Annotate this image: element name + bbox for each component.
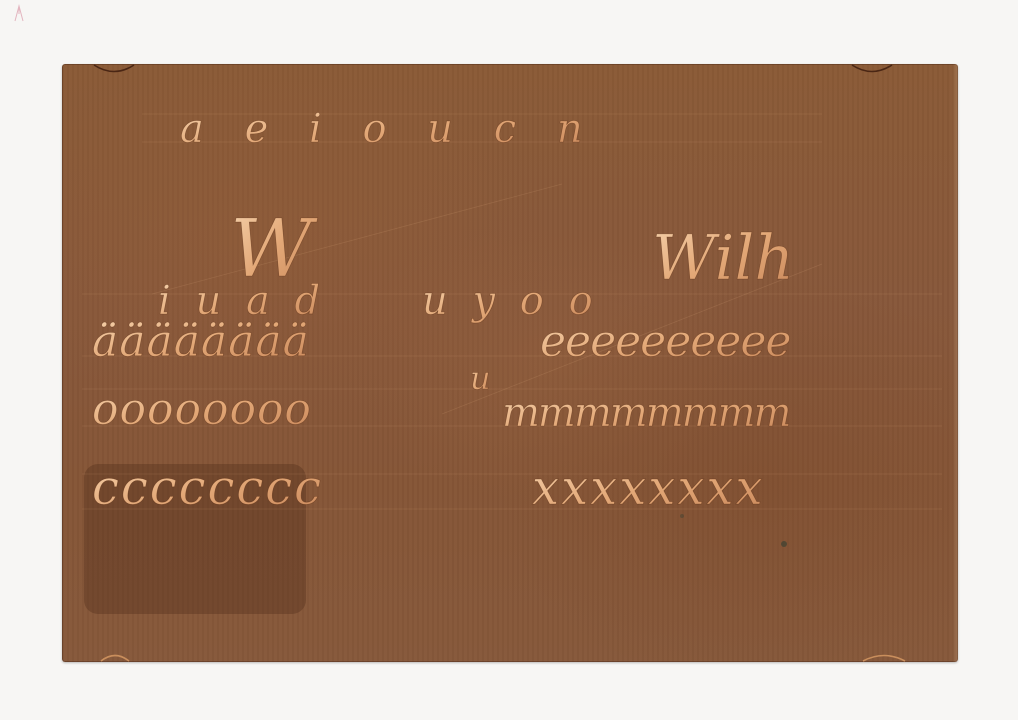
engraving-row4-mark: u: [470, 359, 491, 397]
engraving-row6-left: cccccccc: [92, 460, 323, 516]
engraving-row4-left: ääääääää: [92, 316, 310, 367]
pencil-mark: [12, 4, 26, 22]
engraving-row5-right: mmmmmmmm: [502, 390, 790, 436]
engraving-row4-right: eeeeeeeeee: [540, 316, 790, 367]
engraving-row1: a e i o u c n: [180, 106, 597, 152]
engraving-row5-left: oooooooo: [92, 384, 312, 435]
engraving-wilh: Wilh: [652, 221, 794, 294]
engraving-row6-right: xxxxxxxx: [532, 460, 765, 516]
copper-plate: a e i o u c n W Wilh i u a d u y o o äää…: [62, 64, 958, 662]
engraved-script: a e i o u c n W Wilh i u a d u y o o äää…: [62, 64, 958, 662]
